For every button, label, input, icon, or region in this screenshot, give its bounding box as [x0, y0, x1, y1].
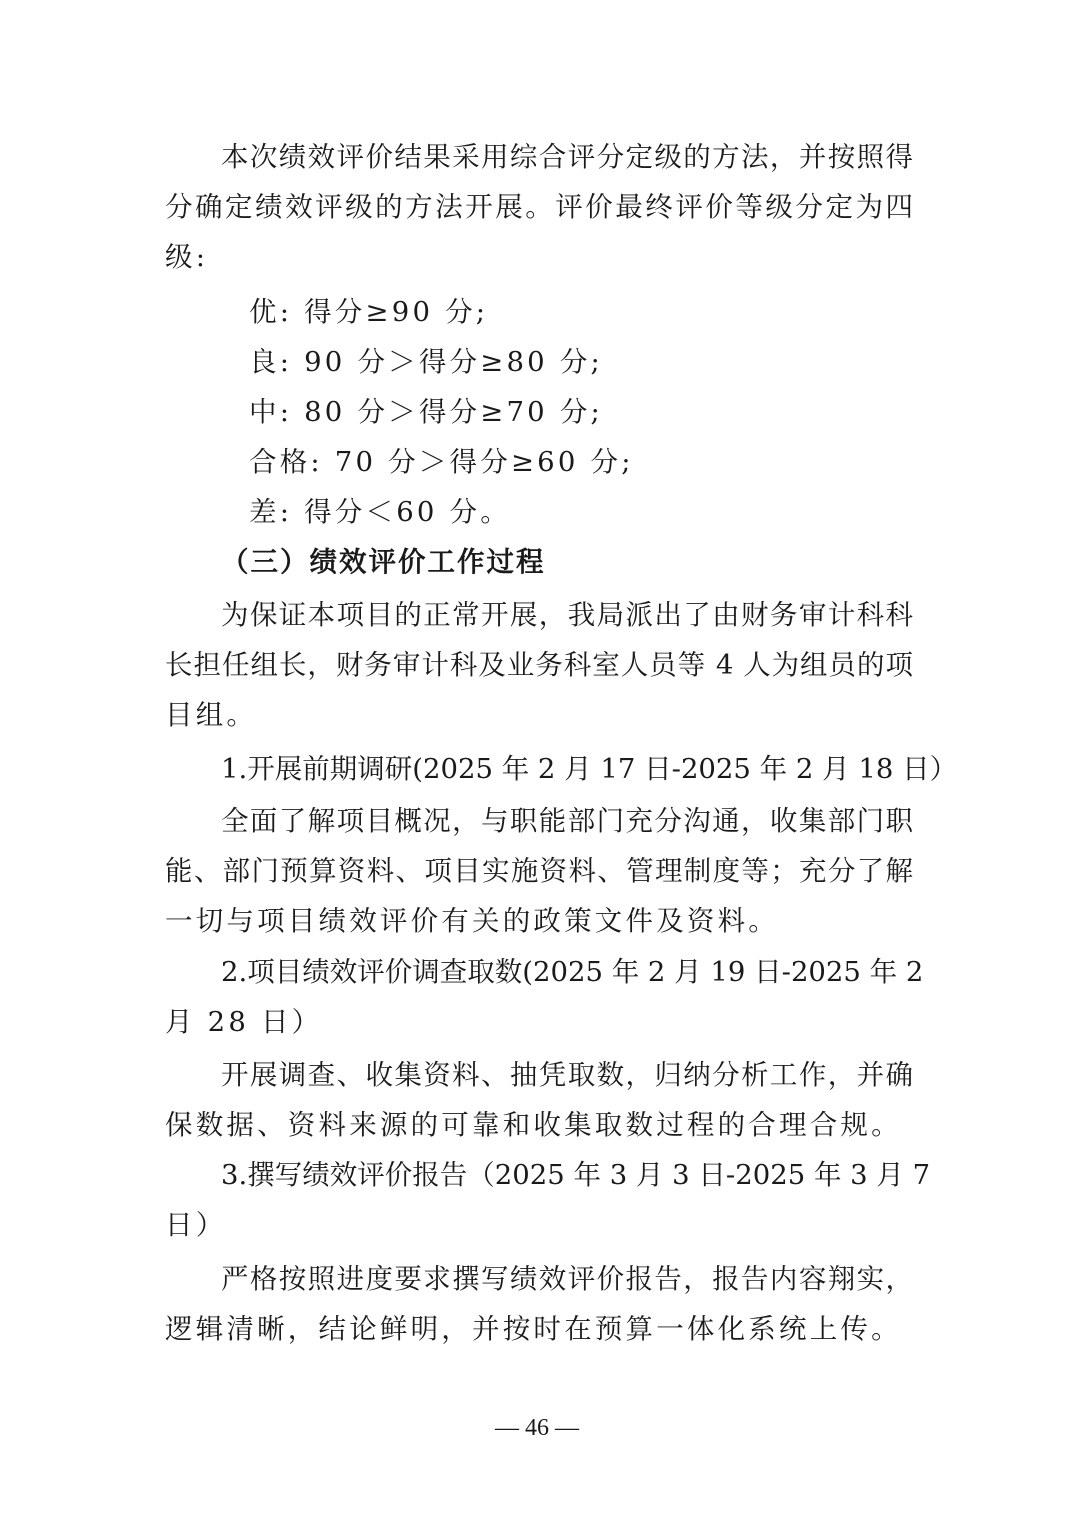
paragraph-line: 一切与项目绩效评价有关的政策文件及资料。 [165, 901, 779, 941]
paragraph-line: 逻辑清晰，结论鲜明，并按时在预算一体化系统上传。 [165, 1309, 902, 1349]
step-title: 3.撰写绩效评价报告（2025 年 3 月 3 日-2025 年 3 月 7 [221, 1155, 913, 1195]
grade-medium: 中: 80 分＞得分≥70 分; [249, 392, 603, 432]
paragraph-line: 全面了解项目概况，与职能部门充分沟通，收集部门职 [221, 801, 913, 841]
step-title-cont: 月 28 日） [165, 1002, 322, 1042]
step-title-cont: 日） [165, 1205, 226, 1245]
step-title: 1.开展前期调研(2025 年 2 月 17 日-2025 年 2 月 18 日… [221, 749, 913, 789]
paragraph-line: 开展调查、收集资料、抽凭取数，归纳分析工作，并确 [221, 1055, 913, 1095]
paragraph-line: 为保证本项目的正常开展，我局派出了由财务审计科科 [221, 595, 913, 635]
grade-poor: 差: 得分＜60 分。 [249, 492, 511, 532]
paragraph-line: 保数据、资料来源的可靠和收集取数过程的合理合规。 [165, 1105, 902, 1145]
page-number: — 46 — [0, 1410, 1074, 1446]
paragraph-line: 严格按照进度要求撰写绩效评价报告，报告内容翔实， [221, 1259, 913, 1299]
grade-good: 良: 90 分＞得分≥80 分; [249, 342, 603, 382]
grade-pass: 合格: 70 分＞得分≥60 分; [249, 442, 634, 482]
section-heading: （三）绩效评价工作过程 [221, 542, 546, 582]
paragraph-line: 目组。 [165, 695, 257, 735]
paragraph-line: 能、部门预算资料、项目实施资料、管理制度等；充分了解 [165, 851, 913, 891]
paragraph-line: 本次绩效评价结果采用综合评分定级的方法，并按照得 [221, 137, 913, 177]
step-title: 2.项目绩效评价调查取数(2025 年 2 月 19 日-2025 年 2 [221, 952, 913, 992]
paragraph-line: 长担任组长，财务审计科及业务科室人员等 4 人为组员的项 [165, 645, 913, 685]
paragraph-line: 分确定绩效评级的方法开展。评价最终评价等级分定为四 [165, 187, 913, 227]
paragraph-line: 级: [165, 237, 208, 277]
grade-excellent: 优: 得分≥90 分; [249, 292, 488, 332]
